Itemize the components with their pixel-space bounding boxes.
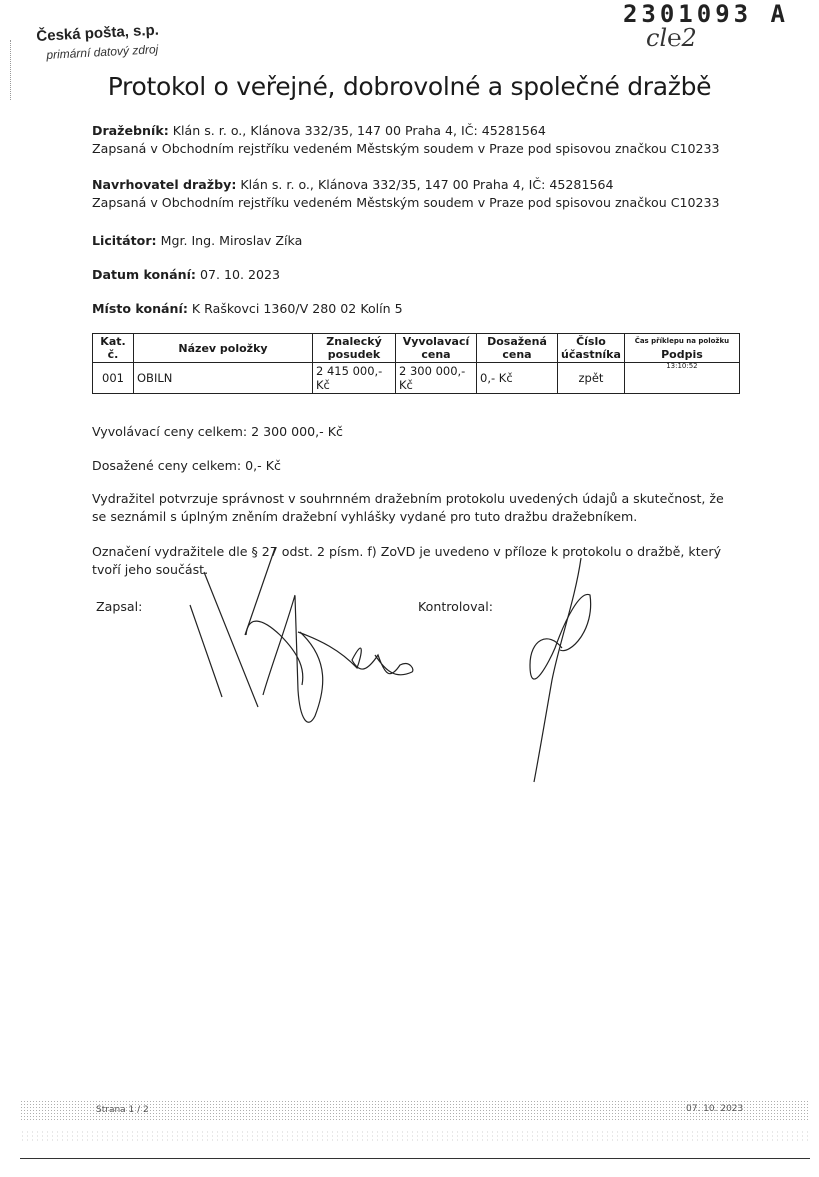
footer-scan-noise-2 [20, 1130, 810, 1142]
signature-kontroloval [0, 0, 819, 1177]
footer-rule [20, 1158, 810, 1159]
footer-date: 07. 10. 2023 [686, 1104, 743, 1114]
footer-page-number: Strana 1 / 2 [96, 1105, 149, 1115]
